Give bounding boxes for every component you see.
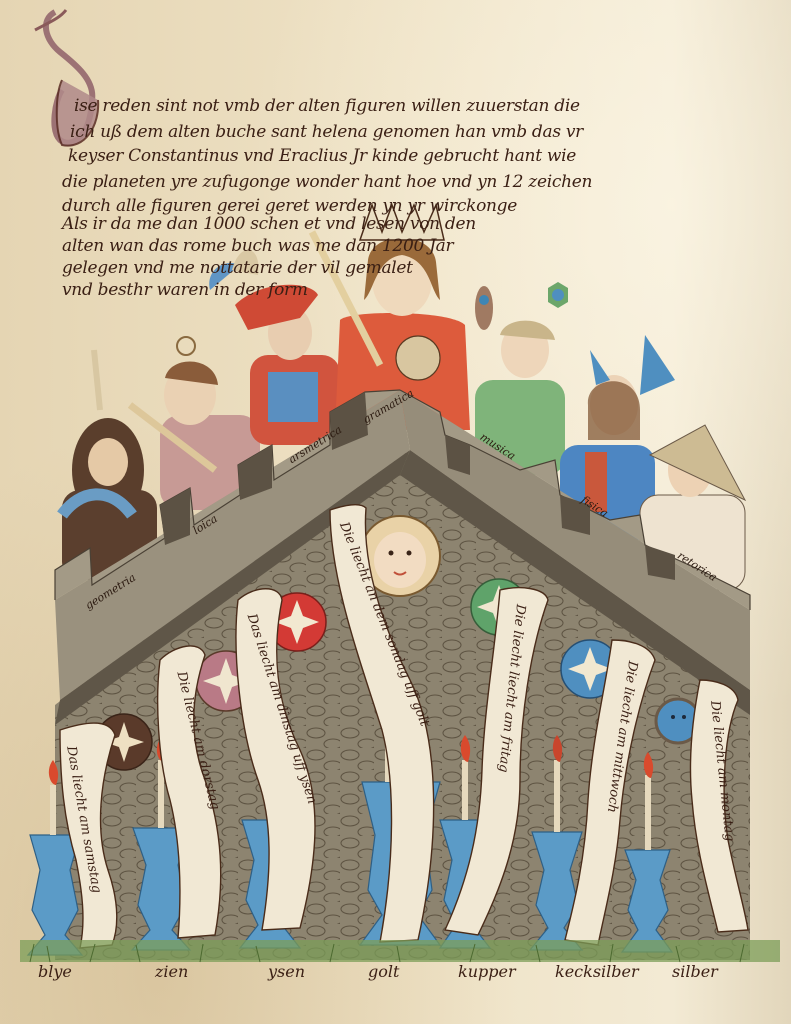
text-line-8: gelegen vnd me nottatarie der vil gemale…	[62, 258, 413, 278]
metal-label-gold: golt	[368, 962, 399, 981]
text-line-2: ich uß dem alten buche sant helena genom…	[70, 122, 583, 142]
text-line-5: durch alle figuren gerei geret werden yn…	[62, 196, 517, 216]
text-line-9: vnd besthr waren in der form	[62, 280, 308, 300]
metal-label-copper: kupper	[458, 962, 516, 981]
metal-label-lead: blye	[38, 962, 72, 981]
text-line-4: die planeten yre zufugonge wonder hant h…	[62, 172, 592, 192]
metal-label-quicksilver: kecksilber	[555, 962, 639, 981]
metal-label-iron: ysen	[268, 962, 305, 981]
text-line-6: Als ir da me dan 1000 schen et vnd lesen…	[62, 214, 476, 234]
metal-label-silver: silber	[672, 962, 718, 981]
text-line-7: alten wan das rome buch was me dan 1200 …	[62, 236, 453, 256]
text-line-1: ise reden sint not vmb der alten figuren…	[74, 96, 580, 116]
grass-strip	[20, 940, 780, 962]
manuscript-page: ise reden sint not vmb der alten figuren…	[0, 0, 791, 1024]
text-line-3: keyser Constantinus vnd Eraclius Jr kind…	[68, 146, 576, 166]
metal-label-tin: zien	[155, 962, 188, 981]
figure-saturn	[62, 350, 157, 580]
